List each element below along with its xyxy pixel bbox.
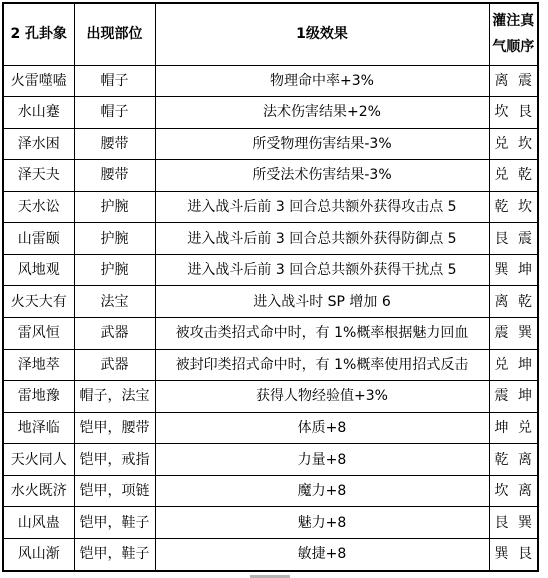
table-row: 雷风恒 武器 被攻击类招式命中时，有 1%概率根据魅力回血 震 巽 — [3, 318, 538, 350]
effect-cell: 法术伤害结果+2% — [155, 97, 489, 129]
slots-cell: 铠甲，戒指 — [74, 444, 155, 476]
slots-cell: 护腕 — [74, 191, 155, 223]
slots-cell: 铠甲，项链 — [74, 475, 155, 507]
effect-cell: 力量+8 — [155, 444, 489, 476]
table-row: 火雷噬嗑 帽子 物理命中率+3% 离 震 — [3, 65, 538, 97]
effect-cell: 魔力+8 — [155, 475, 489, 507]
table-row: 雷地豫 帽子，法宝 获得人物经验值+3% 震 坤 — [3, 381, 538, 413]
qi-order-cell: 坎 离 — [489, 475, 538, 507]
qi-order-cell: 兑 坤 — [489, 349, 538, 381]
effect-cell: 魅力+8 — [155, 507, 489, 539]
header-row: 2 孔卦象 出现部位 1级效果 灌注真气顺序 — [3, 3, 538, 65]
hexagram-cell: 泽地萃 — [3, 349, 74, 381]
table-row: 地泽临 铠甲，腰带 体质+8 坤 兑 — [3, 412, 538, 444]
slots-cell: 帽子 — [74, 65, 155, 97]
effect-cell: 物理命中率+3% — [155, 65, 489, 97]
hexagram-cell: 水山蹇 — [3, 97, 74, 129]
table-body: 火雷噬嗑 帽子 物理命中率+3% 离 震 水山蹇 帽子 法术伤害结果+2% 坎 … — [3, 65, 538, 571]
effect-cell: 被攻击类招式命中时，有 1%概率根据魅力回血 — [155, 318, 489, 350]
hexagram-cell: 风山渐 — [3, 538, 74, 571]
qi-order-cell: 艮 震 — [489, 223, 538, 255]
qi-order-cell: 巽 艮 — [489, 538, 538, 571]
effect-cell: 所受物理伤害结果-3% — [155, 128, 489, 160]
header-effect: 1级效果 — [155, 3, 489, 65]
hexagram-effects-table: 2 孔卦象 出现部位 1级效果 灌注真气顺序 火雷噬嗑 帽子 物理命中率+3% … — [2, 2, 539, 572]
slots-cell: 武器 — [74, 349, 155, 381]
hexagram-cell: 地泽临 — [3, 412, 74, 444]
qi-order-cell: 坎 艮 — [489, 97, 538, 129]
qi-order-cell: 离 乾 — [489, 286, 538, 318]
header-qi-order: 灌注真气顺序 — [489, 3, 538, 65]
hexagram-cell: 泽天夬 — [3, 160, 74, 192]
hexagram-cell: 火天大有 — [3, 286, 74, 318]
table-row: 天水讼 护腕 进入战斗后前 3 回合总共额外获得攻击点 5 乾 坎 — [3, 191, 538, 223]
slots-cell: 腰带 — [74, 128, 155, 160]
slots-cell: 腰带 — [74, 160, 155, 192]
slots-cell: 护腕 — [74, 254, 155, 286]
table-row: 天火同人 铠甲，戒指 力量+8 乾 离 — [3, 444, 538, 476]
hexagram-cell: 水火既济 — [3, 475, 74, 507]
table-row: 山雷颐 护腕 进入战斗后前 3 回合总共额外获得防御点 5 艮 震 — [3, 223, 538, 255]
page: 2 孔卦象 出现部位 1级效果 灌注真气顺序 火雷噬嗑 帽子 物理命中率+3% … — [0, 0, 548, 578]
effect-cell: 敏捷+8 — [155, 538, 489, 571]
effect-cell: 被封印类招式命中时，有 1%概率使用招式反击 — [155, 349, 489, 381]
table-row: 泽水困 腰带 所受物理伤害结果-3% 兑 坎 — [3, 128, 538, 160]
hexagram-cell: 泽水困 — [3, 128, 74, 160]
qi-order-cell: 离 震 — [489, 65, 538, 97]
table-row: 泽地萃 武器 被封印类招式命中时，有 1%概率使用招式反击 兑 坤 — [3, 349, 538, 381]
slots-cell: 铠甲，鞋子 — [74, 538, 155, 571]
effect-cell: 进入战斗后前 3 回合总共额外获得攻击点 5 — [155, 191, 489, 223]
effect-cell: 获得人物经验值+3% — [155, 381, 489, 413]
qi-order-cell: 乾 离 — [489, 444, 538, 476]
table-row: 泽天夬 腰带 所受法术伤害结果-3% 兑 乾 — [3, 160, 538, 192]
qi-order-cell: 乾 坎 — [489, 191, 538, 223]
slots-cell: 武器 — [74, 318, 155, 350]
table-row: 水山蹇 帽子 法术伤害结果+2% 坎 艮 — [3, 97, 538, 129]
effect-cell: 进入战斗时 SP 增加 6 — [155, 286, 489, 318]
table-row: 火天大有 法宝 进入战斗时 SP 增加 6 离 乾 — [3, 286, 538, 318]
slots-cell: 帽子 — [74, 97, 155, 129]
hexagram-cell: 雷风恒 — [3, 318, 74, 350]
qi-order-cell: 巽 坤 — [489, 254, 538, 286]
hexagram-cell: 山风蛊 — [3, 507, 74, 539]
table-row: 风地观 护腕 进入战斗后前 3 回合总共额外获得干扰点 5 巽 坤 — [3, 254, 538, 286]
table-row: 风山渐 铠甲，鞋子 敏捷+8 巽 艮 — [3, 538, 538, 571]
slots-cell: 帽子，法宝 — [74, 381, 155, 413]
slots-cell: 法宝 — [74, 286, 155, 318]
effect-cell: 进入战斗后前 3 回合总共额外获得防御点 5 — [155, 223, 489, 255]
hexagram-cell: 风地观 — [3, 254, 74, 286]
hexagram-cell: 山雷颐 — [3, 223, 74, 255]
header-slots: 出现部位 — [74, 3, 155, 65]
qi-order-cell: 兑 坎 — [489, 128, 538, 160]
table-row: 山风蛊 铠甲，鞋子 魅力+8 艮 巽 — [3, 507, 538, 539]
hexagram-cell: 火雷噬嗑 — [3, 65, 74, 97]
qi-order-cell: 兑 乾 — [489, 160, 538, 192]
qi-order-cell: 艮 巽 — [489, 507, 538, 539]
slots-cell: 铠甲，腰带 — [74, 412, 155, 444]
hexagram-cell: 天火同人 — [3, 444, 74, 476]
slots-cell: 护腕 — [74, 223, 155, 255]
hexagram-cell: 天水讼 — [3, 191, 74, 223]
hexagram-cell: 雷地豫 — [3, 381, 74, 413]
table-row: 水火既济 铠甲，项链 魔力+8 坎 离 — [3, 475, 538, 507]
qi-order-cell: 震 巽 — [489, 318, 538, 350]
qi-order-cell: 坤 兑 — [489, 412, 538, 444]
header-hexagram: 2 孔卦象 — [3, 3, 74, 65]
effect-cell: 所受法术伤害结果-3% — [155, 160, 489, 192]
effect-cell: 体质+8 — [155, 412, 489, 444]
table-header: 2 孔卦象 出现部位 1级效果 灌注真气顺序 — [3, 3, 538, 65]
qi-order-cell: 震 坤 — [489, 381, 538, 413]
slots-cell: 铠甲，鞋子 — [74, 507, 155, 539]
effect-cell: 进入战斗后前 3 回合总共额外获得干扰点 5 — [155, 254, 489, 286]
